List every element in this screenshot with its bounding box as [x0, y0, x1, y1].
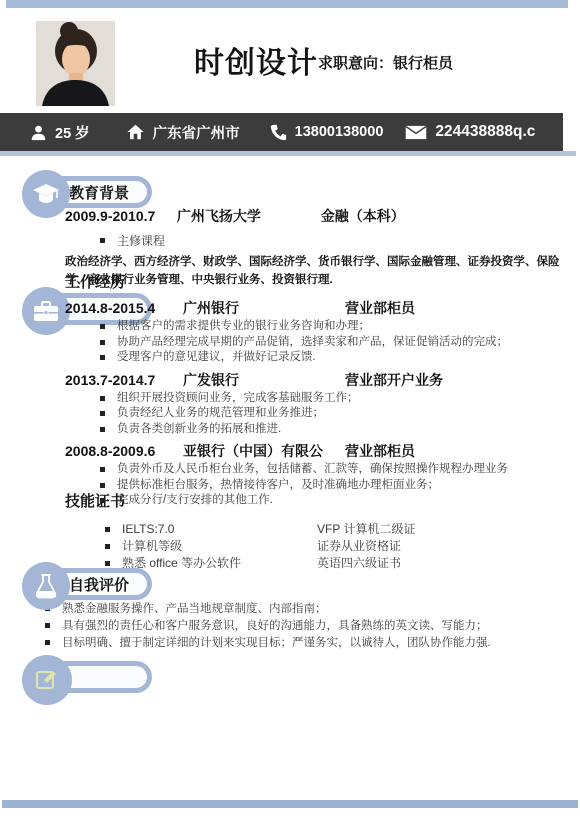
work-period: 2008.8-2009.6 — [65, 443, 183, 459]
bullet-square-icon — [100, 411, 105, 416]
skill-row: IELTS:7.0 VFP 计算机二级证 — [105, 521, 580, 538]
bullet-square-icon — [100, 396, 105, 401]
work-bullet: 负责各类创新业务的拓展和推进. — [100, 422, 580, 438]
bullet-square-icon — [45, 623, 50, 628]
email-value: 224438888q.c — [435, 123, 535, 141]
bullet-square-icon — [100, 498, 105, 503]
work-bullet: 根据客户的需求提供专业的银行业务咨询和办理； — [100, 319, 580, 335]
education-badge — [22, 170, 70, 218]
page-title: 时创设计 — [194, 38, 318, 82]
bullet-square-icon — [100, 483, 105, 488]
pencil-icon — [34, 667, 60, 693]
home-icon — [126, 123, 145, 141]
profile-photo — [36, 21, 115, 106]
bullet-square-icon — [45, 640, 50, 645]
bullet-square-icon — [105, 544, 110, 549]
phone-icon — [270, 124, 287, 141]
work-role: 营业部柜员 — [345, 300, 580, 316]
phone-value: 13800138000 — [295, 124, 384, 140]
top-divider — [6, 0, 568, 8]
work-bullet: 协助产品经理完成早期的产品促销，选择卖家和产品，保证促销活动的完成； — [100, 335, 580, 351]
portrait-illustration — [36, 21, 115, 106]
section-work: 工作经历 2014.8-2015.4 广州银行 营业部柜员 根据客户的需求提供专… — [0, 271, 580, 513]
work-company: 广发银行 — [183, 372, 345, 388]
edit-badge — [22, 655, 72, 705]
evaluation-bullet: 具有强烈的责任心和客户服务意识，良好的沟通能力，具备熟练的英文读、写能力； — [45, 618, 580, 635]
work-company: 亚银行（中国）有限公 — [183, 443, 345, 459]
location-value: 广东省广州市 — [153, 122, 240, 143]
contact-email: 224438888q.c — [405, 123, 535, 141]
work-bullet: 受理客户的意见建议，并做好记录反馈. — [100, 350, 580, 366]
work-entry: 2014.8-2015.4 广州银行 营业部柜员 根据客户的需求提供专业的银行业… — [0, 298, 580, 366]
work-entry: 2008.8-2009.6 亚银行（中国）有限公 营业部柜员 负责外币及人民币柜… — [0, 441, 580, 509]
work-company: 广州银行 — [183, 300, 345, 316]
work-bullet: 负责经纪人业务的规范管理和业务推进； — [100, 406, 580, 422]
bullet-square-icon — [100, 355, 105, 360]
education-period: 2009.9-2010.7 — [65, 208, 173, 224]
graduation-cap-icon — [32, 182, 60, 206]
bullet-square-icon — [100, 340, 105, 345]
bullet-square-icon — [105, 527, 110, 532]
contact-bar: 25 岁 广东省广州市 13800138000 224438888q.c — [0, 113, 563, 151]
evaluation-bullet: 目标明确、擅于制定详细的计划来实现目标；严谨务实，以诚待人，团队协作能力强. — [45, 635, 580, 652]
flask-icon — [35, 573, 57, 599]
evaluation-bullet: 熟悉金融服务操作、产品当地规章制度、内部指南； — [45, 601, 580, 618]
work-period: 2013.7-2014.7 — [65, 372, 183, 388]
bullet-square-icon — [100, 238, 105, 243]
course-label: 主修课程 — [117, 232, 165, 249]
contact-age: 25 岁 — [30, 122, 90, 143]
education-major: 金融（本科） — [321, 208, 405, 224]
section-self-evaluation: 自我评价 熟悉金融服务操作、产品当地规章制度、内部指南； 具有强烈的责任心和客户… — [0, 556, 580, 652]
work-bullet: 完成分行/支行安排的其他工作. — [100, 493, 580, 509]
work-bullet: 组织开展投资顾问业务，完成客基础服务工作； — [100, 391, 580, 407]
work-role: 营业部开户业务 — [345, 372, 580, 388]
education-entry: 2009.9-2010.7 广州飞扬大学 金融（本科） — [65, 206, 580, 226]
skill-right: 证券从业资格证 — [317, 538, 401, 555]
work-bullet: 提供标准柜台服务，热情接待客户，及时准确地办理柜面业务； — [100, 478, 580, 494]
resume-page: 时创设计 求职意向：银行柜员 25 岁 广东省广州市 13800138000 — [0, 0, 580, 820]
contact-location: 广东省广州市 — [126, 122, 240, 143]
envelope-icon — [405, 125, 427, 140]
bullet-square-icon — [100, 427, 105, 432]
job-intention: 求职意向：银行柜员 — [318, 52, 453, 73]
work-bullet: 负责外币及人民币柜台业务，包括储蓄、汇款等，确保按照操作规程办理业务 — [100, 462, 580, 478]
empty-section-badge — [0, 652, 580, 712]
skill-left: 计算机等级 — [122, 538, 317, 555]
self-evaluation-badge — [22, 562, 70, 610]
age-value: 25 岁 — [55, 122, 90, 143]
contact-bar-underline — [0, 151, 576, 156]
work-role: 营业部柜员 — [345, 443, 580, 459]
education-school: 广州飞扬大学 — [177, 206, 317, 226]
course-label-row: 主修课程 — [100, 232, 580, 249]
bottom-divider — [2, 800, 578, 808]
contact-phone: 13800138000 — [270, 124, 384, 141]
skill-left: IELTS:7.0 — [122, 521, 317, 538]
bullet-square-icon — [100, 467, 105, 472]
section-title: 工作经历 — [65, 271, 580, 292]
person-icon — [30, 124, 47, 141]
work-entry: 2013.7-2014.7 广发银行 营业部开户业务 组织开展投资顾问业务，完成… — [0, 370, 580, 438]
skill-row: 计算机等级 证券从业资格证 — [105, 538, 580, 555]
work-period: 2014.8-2015.4 — [65, 300, 183, 316]
skill-right: VFP 计算机二级证 — [317, 521, 415, 538]
bullet-square-icon — [100, 324, 105, 329]
